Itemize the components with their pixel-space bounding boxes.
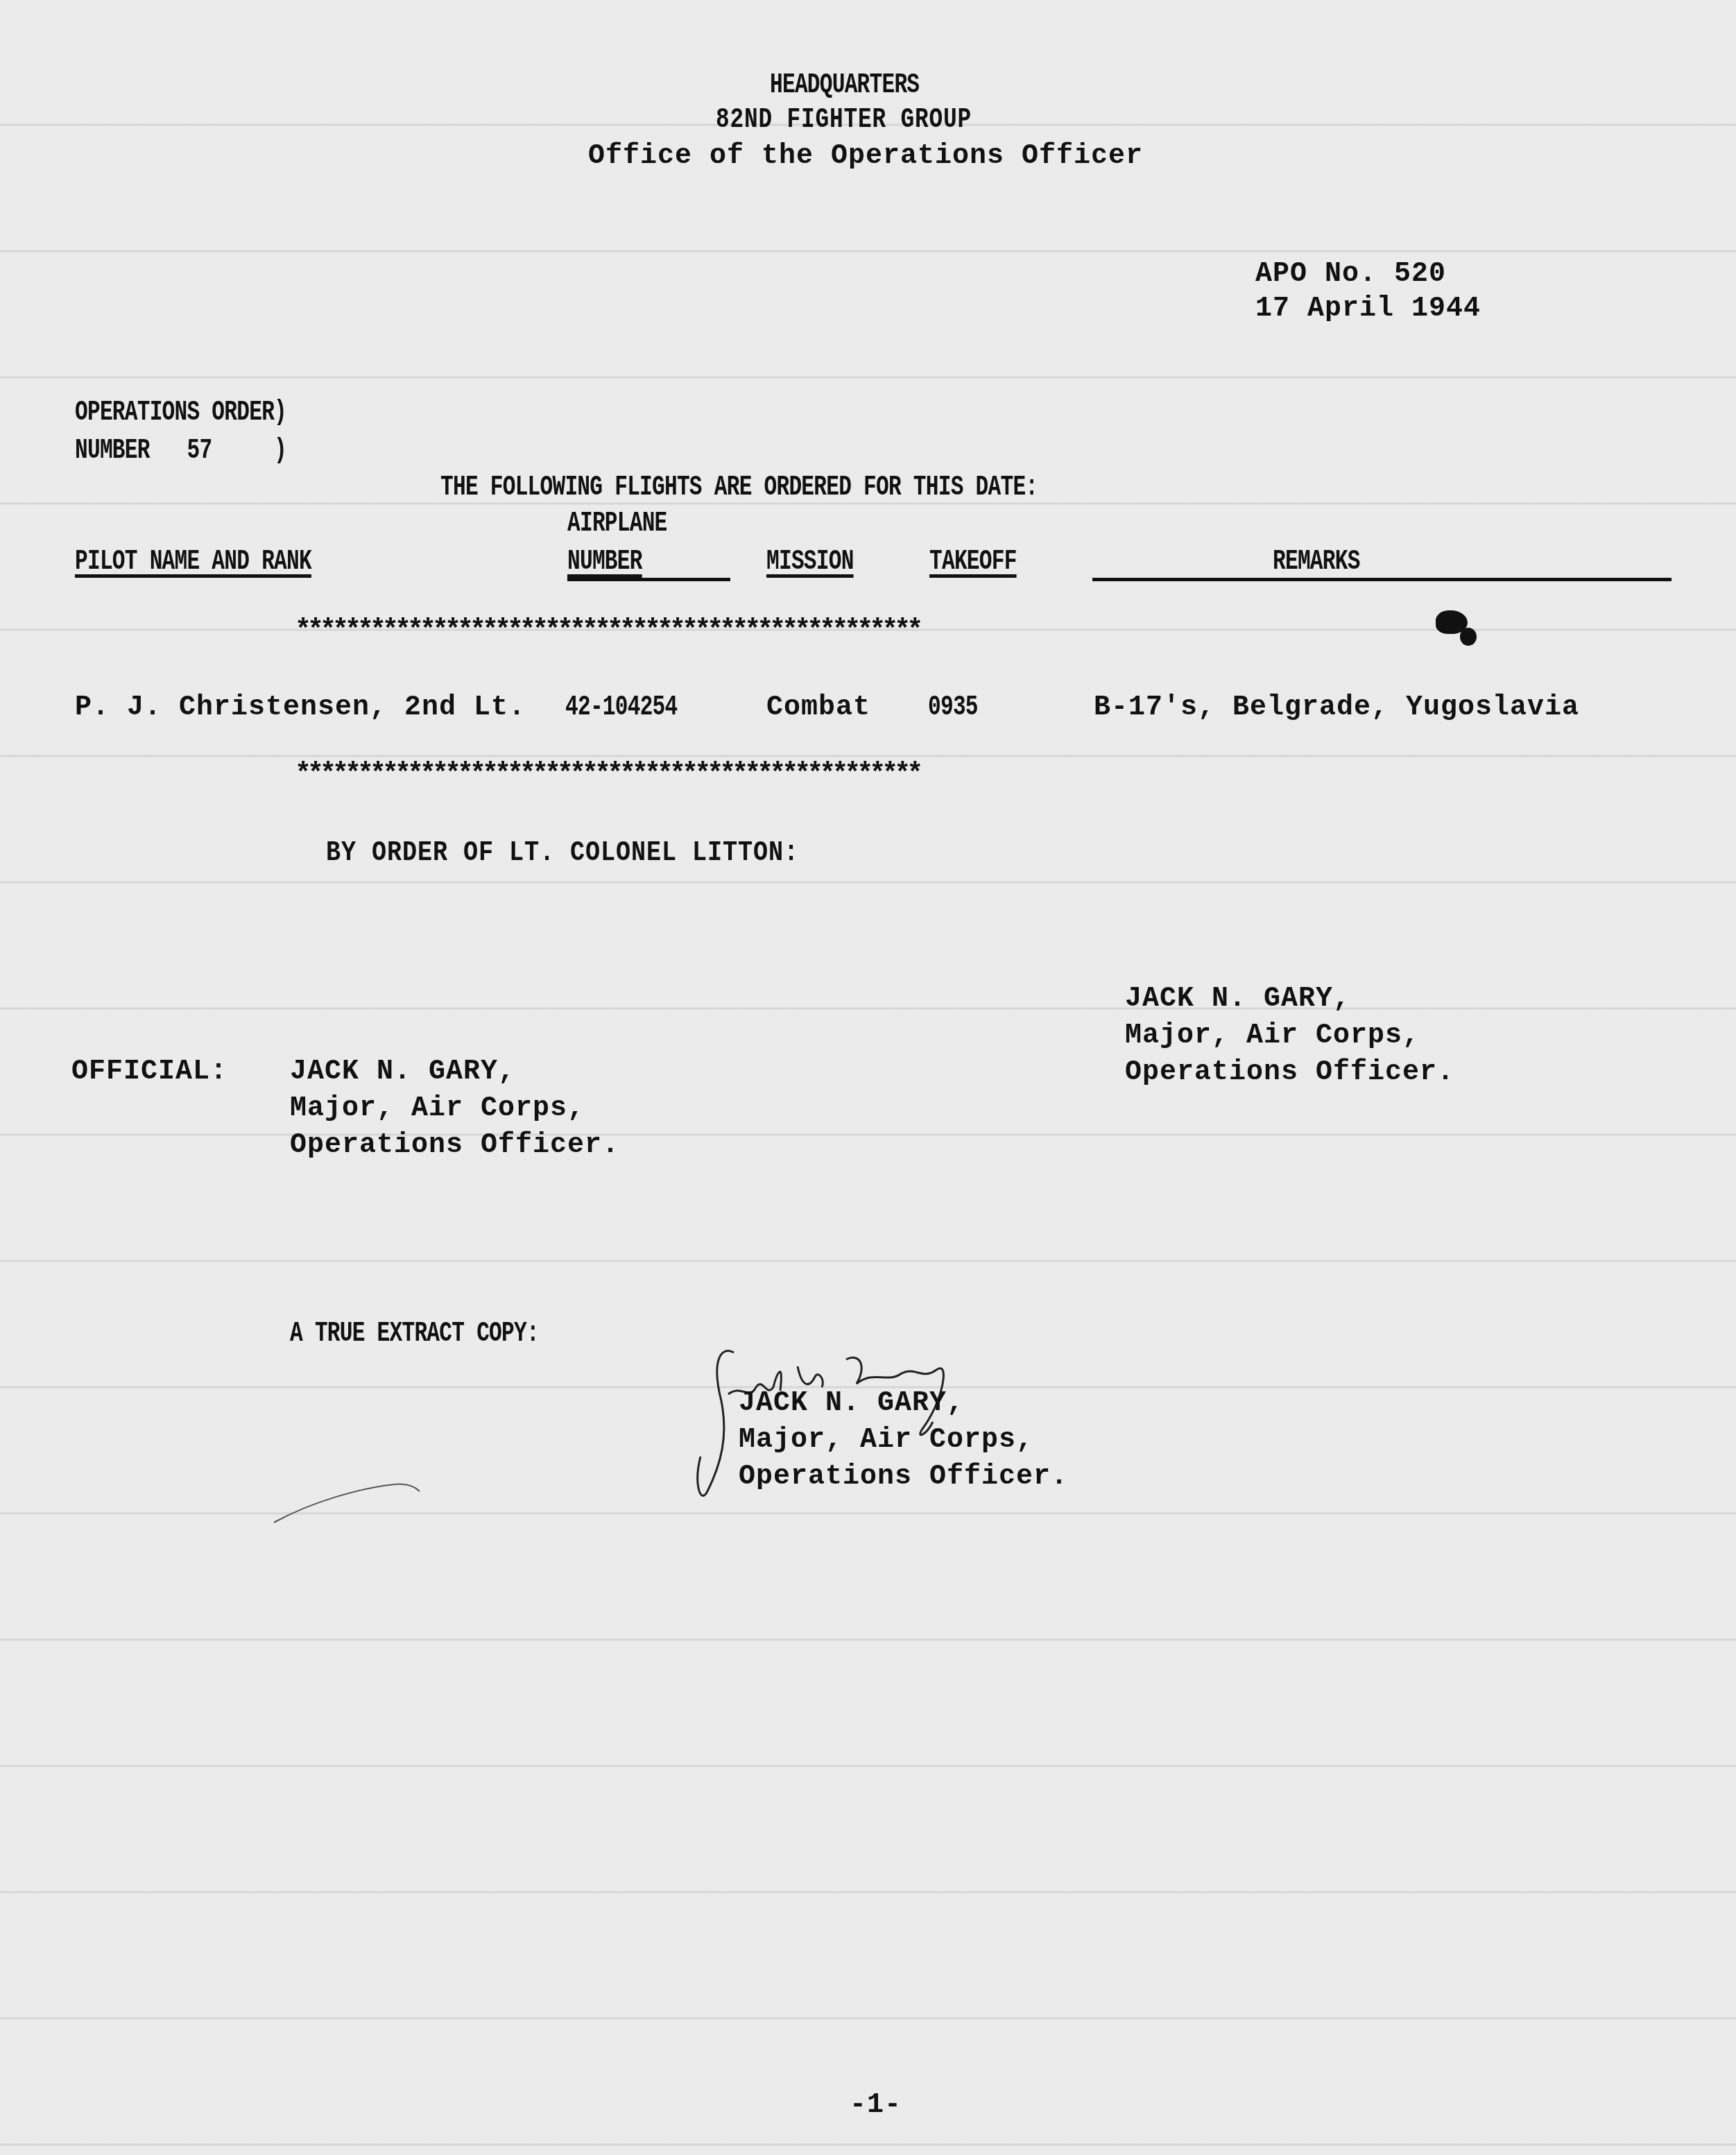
header-headquarters: HEADQUARTERS <box>770 68 997 104</box>
col-mission: MISSION <box>766 544 854 581</box>
row-takeoff: 0935 <box>928 690 978 726</box>
row-airplane: 42-104254 <box>565 690 677 726</box>
col-takeoff: TAKEOFF <box>929 544 1017 581</box>
official-label: OFFICIAL: <box>71 1054 227 1090</box>
true-copy-title: Operations Officer. <box>739 1459 1068 1495</box>
official-title: Operations Officer. <box>290 1128 619 1164</box>
header-office: Office of the Operations Officer <box>588 139 1143 175</box>
apo-number: APO No. 520 <box>1255 257 1446 293</box>
signature-right-rank: Major, Air Corps, <box>1125 1018 1420 1054</box>
row-mission: Combat <box>766 690 870 726</box>
col-remarks-rule <box>1092 578 1671 581</box>
operations-order-label: OPERATIONS ORDER) <box>75 395 286 431</box>
signature-right-title: Operations Officer. <box>1125 1055 1454 1091</box>
true-copy-rank: Major, Air Corps, <box>739 1423 1033 1459</box>
row-remarks: B-17's, Belgrade, Yugoslavia <box>1094 690 1579 726</box>
stray-pen-mark <box>270 1470 451 1526</box>
document-page: HEADQUARTERS 82ND FIGHTER GROUP Office o… <box>0 0 1736 2155</box>
flights-intro: THE FOLLOWING FLIGHTS ARE ORDERED FOR TH… <box>440 470 1038 506</box>
separator-bottom: ****************************************… <box>295 759 1342 791</box>
col-airplane-top: AIRPLANE <box>567 506 667 542</box>
true-copy-name: JACK N. GARY, <box>739 1386 964 1422</box>
by-order-line: BY ORDER OF LT. COLONEL LITTON: <box>326 836 799 872</box>
official-rank: Major, Air Corps, <box>290 1091 585 1127</box>
col-airplane: NUMBER <box>567 544 642 581</box>
ink-blot <box>1460 628 1477 646</box>
page-number: -1- <box>850 2088 902 2124</box>
order-date: 17 April 1944 <box>1255 291 1481 327</box>
row-pilot: P. J. Christensen, 2nd Lt. <box>75 690 526 726</box>
header-group: 82ND FIGHTER GROUP <box>716 103 972 139</box>
col-airplane-rule <box>567 578 730 581</box>
col-remarks: REMARKS <box>1273 544 1360 581</box>
separator-top: ****************************************… <box>295 616 1342 647</box>
operations-order-number: NUMBER 57 ) <box>75 433 286 470</box>
col-pilot: PILOT NAME AND RANK <box>75 544 311 581</box>
signature-right-name: JACK N. GARY, <box>1125 981 1350 1018</box>
official-name: JACK N. GARY, <box>290 1054 515 1090</box>
true-copy-label: A TRUE EXTRACT COPY: <box>290 1316 539 1353</box>
